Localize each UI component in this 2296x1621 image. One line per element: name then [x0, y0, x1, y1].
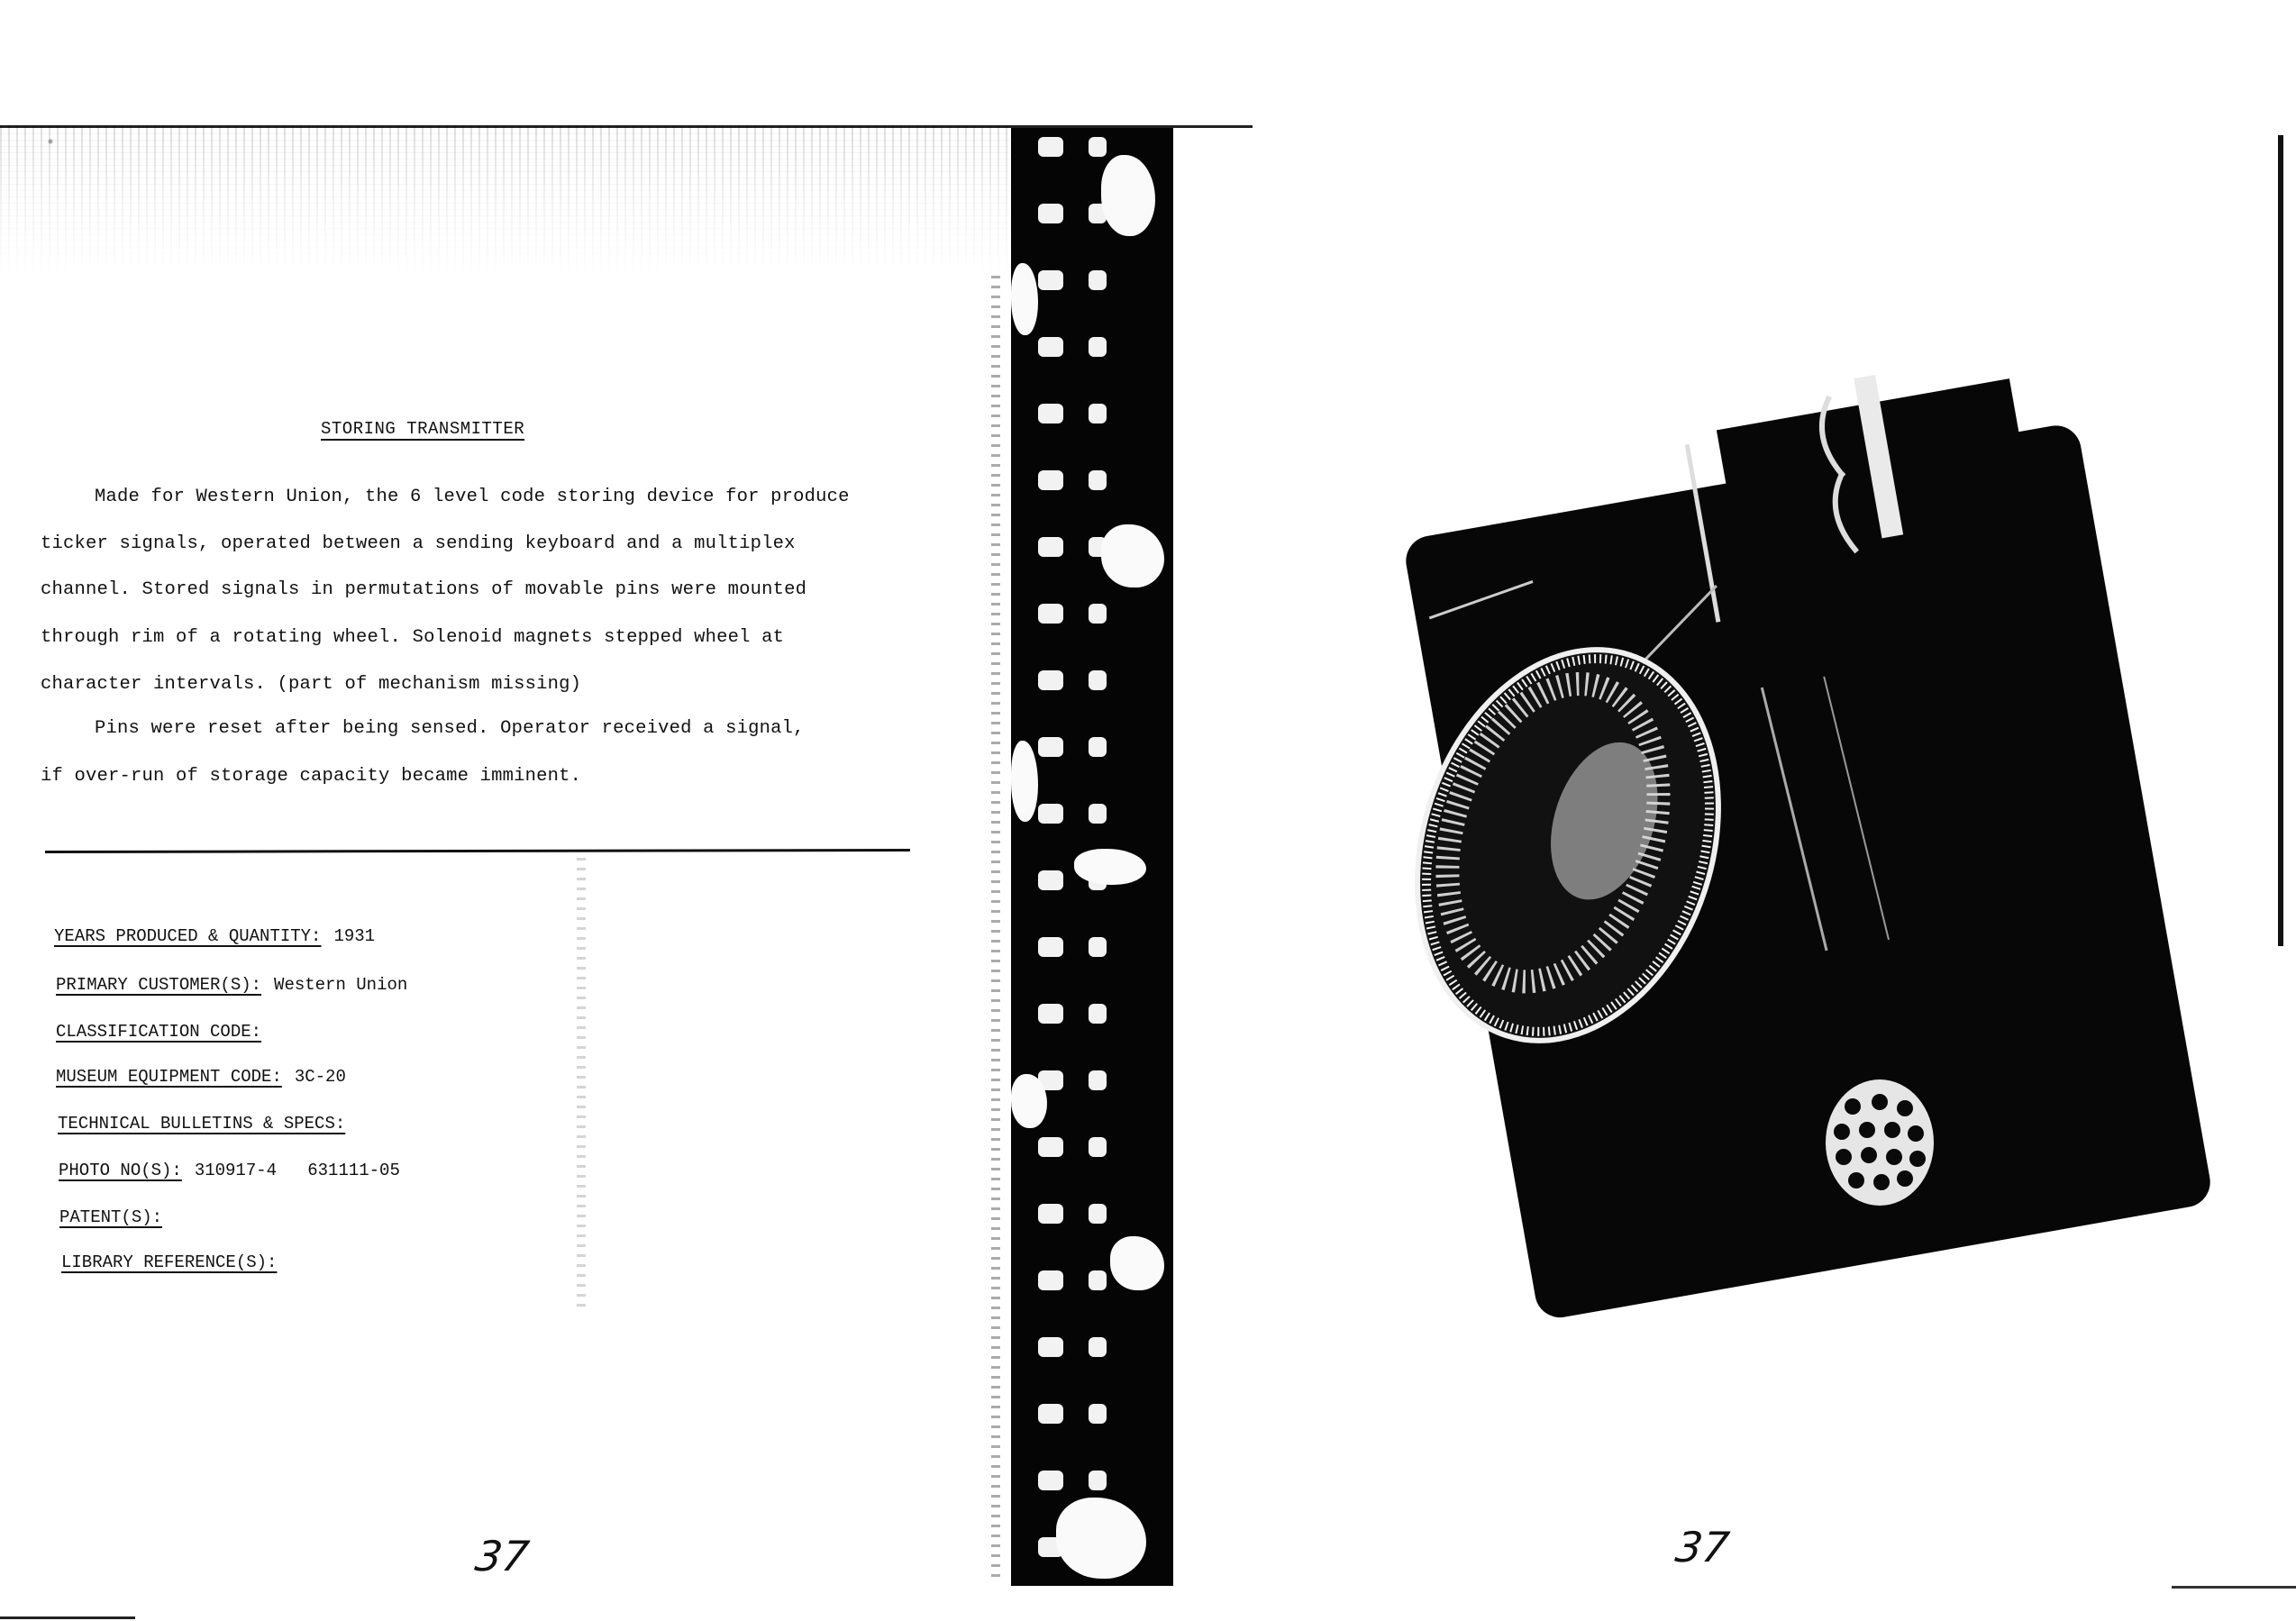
perforated-disc [1826, 1079, 1934, 1206]
page-number-right: 37 [1672, 1523, 1732, 1571]
device-photo [0, 0, 2296, 1621]
